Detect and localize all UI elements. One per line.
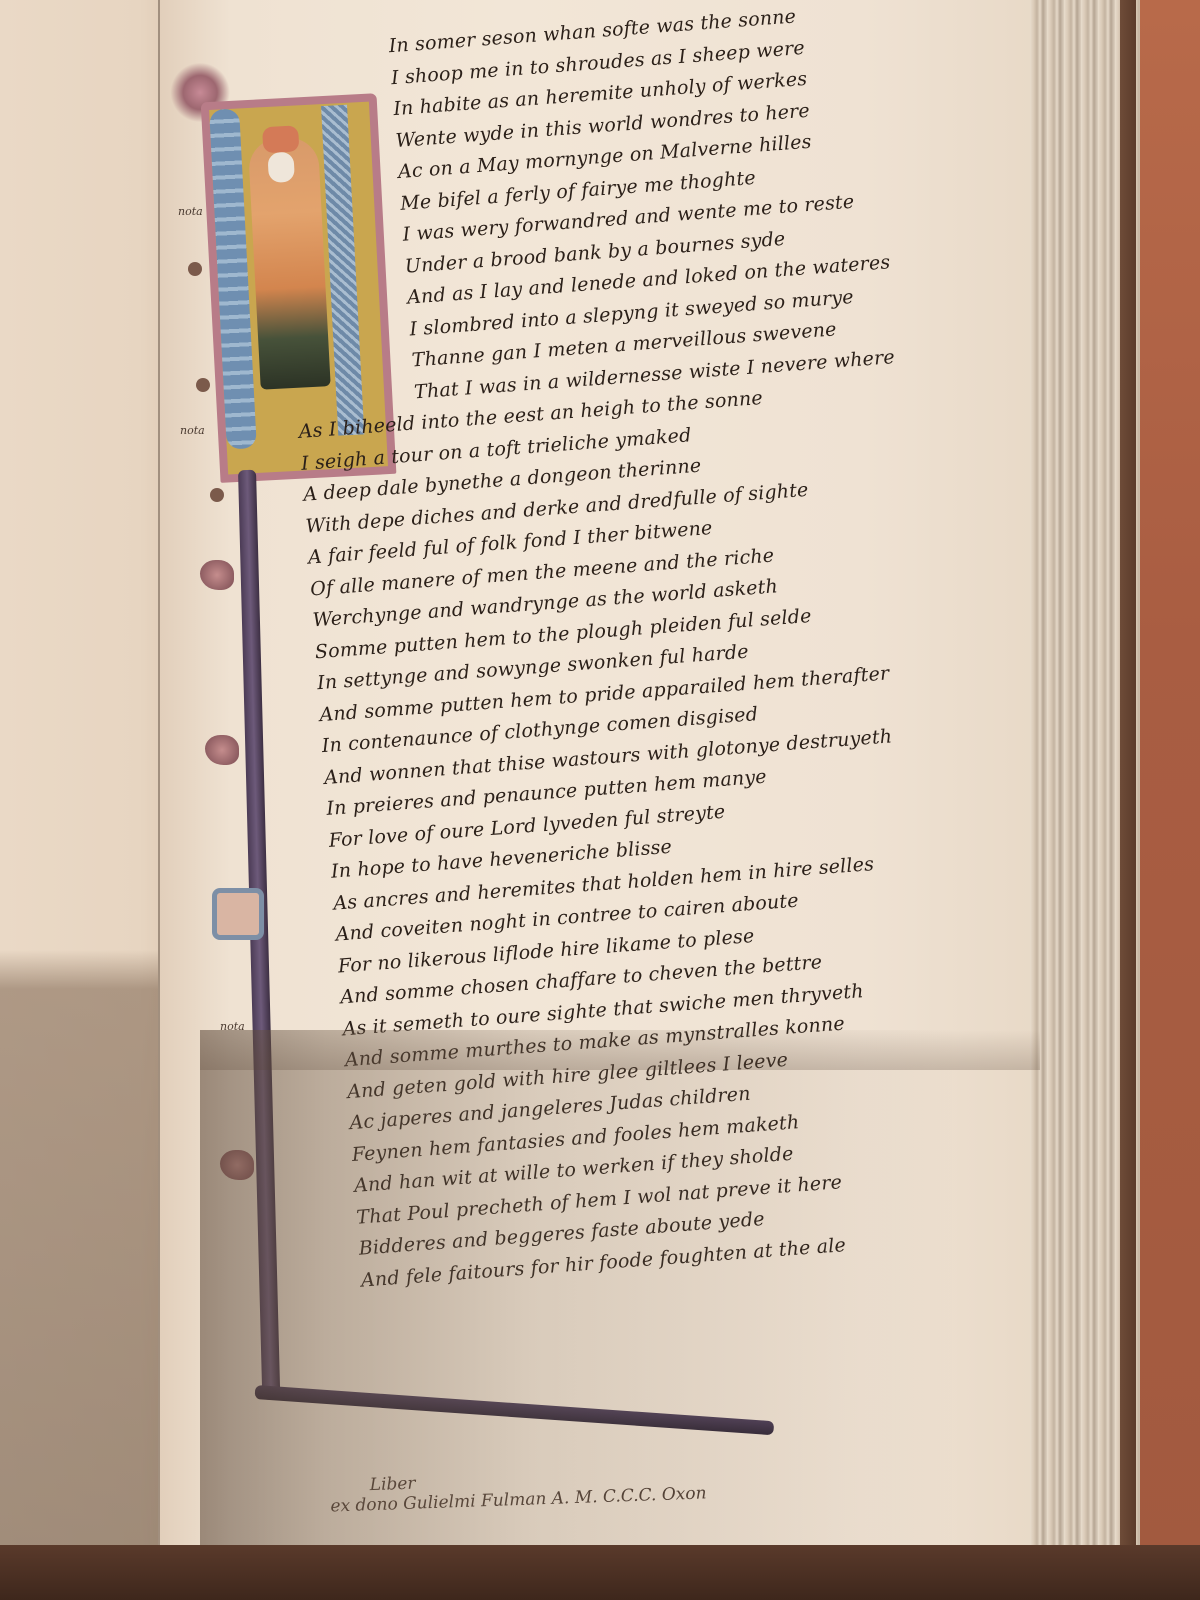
margin-note: nota (180, 424, 205, 437)
background-wall (1140, 0, 1200, 1600)
book-cover-bottom (0, 1545, 1200, 1600)
margin-dot (196, 378, 210, 392)
cast-shadow-edge (200, 1030, 1040, 1070)
cast-shadow (200, 1030, 1040, 1600)
leaf-ornament (200, 560, 234, 590)
binding-edge (1120, 0, 1136, 1600)
leaf-ornament (205, 735, 239, 765)
margin-note: nota (178, 205, 203, 218)
photo-scene: nota nota nota In somer seson whan softe… (0, 0, 1200, 1600)
margin-dot (210, 488, 224, 502)
margin-dot (188, 262, 202, 276)
knot-ornament (212, 888, 264, 940)
